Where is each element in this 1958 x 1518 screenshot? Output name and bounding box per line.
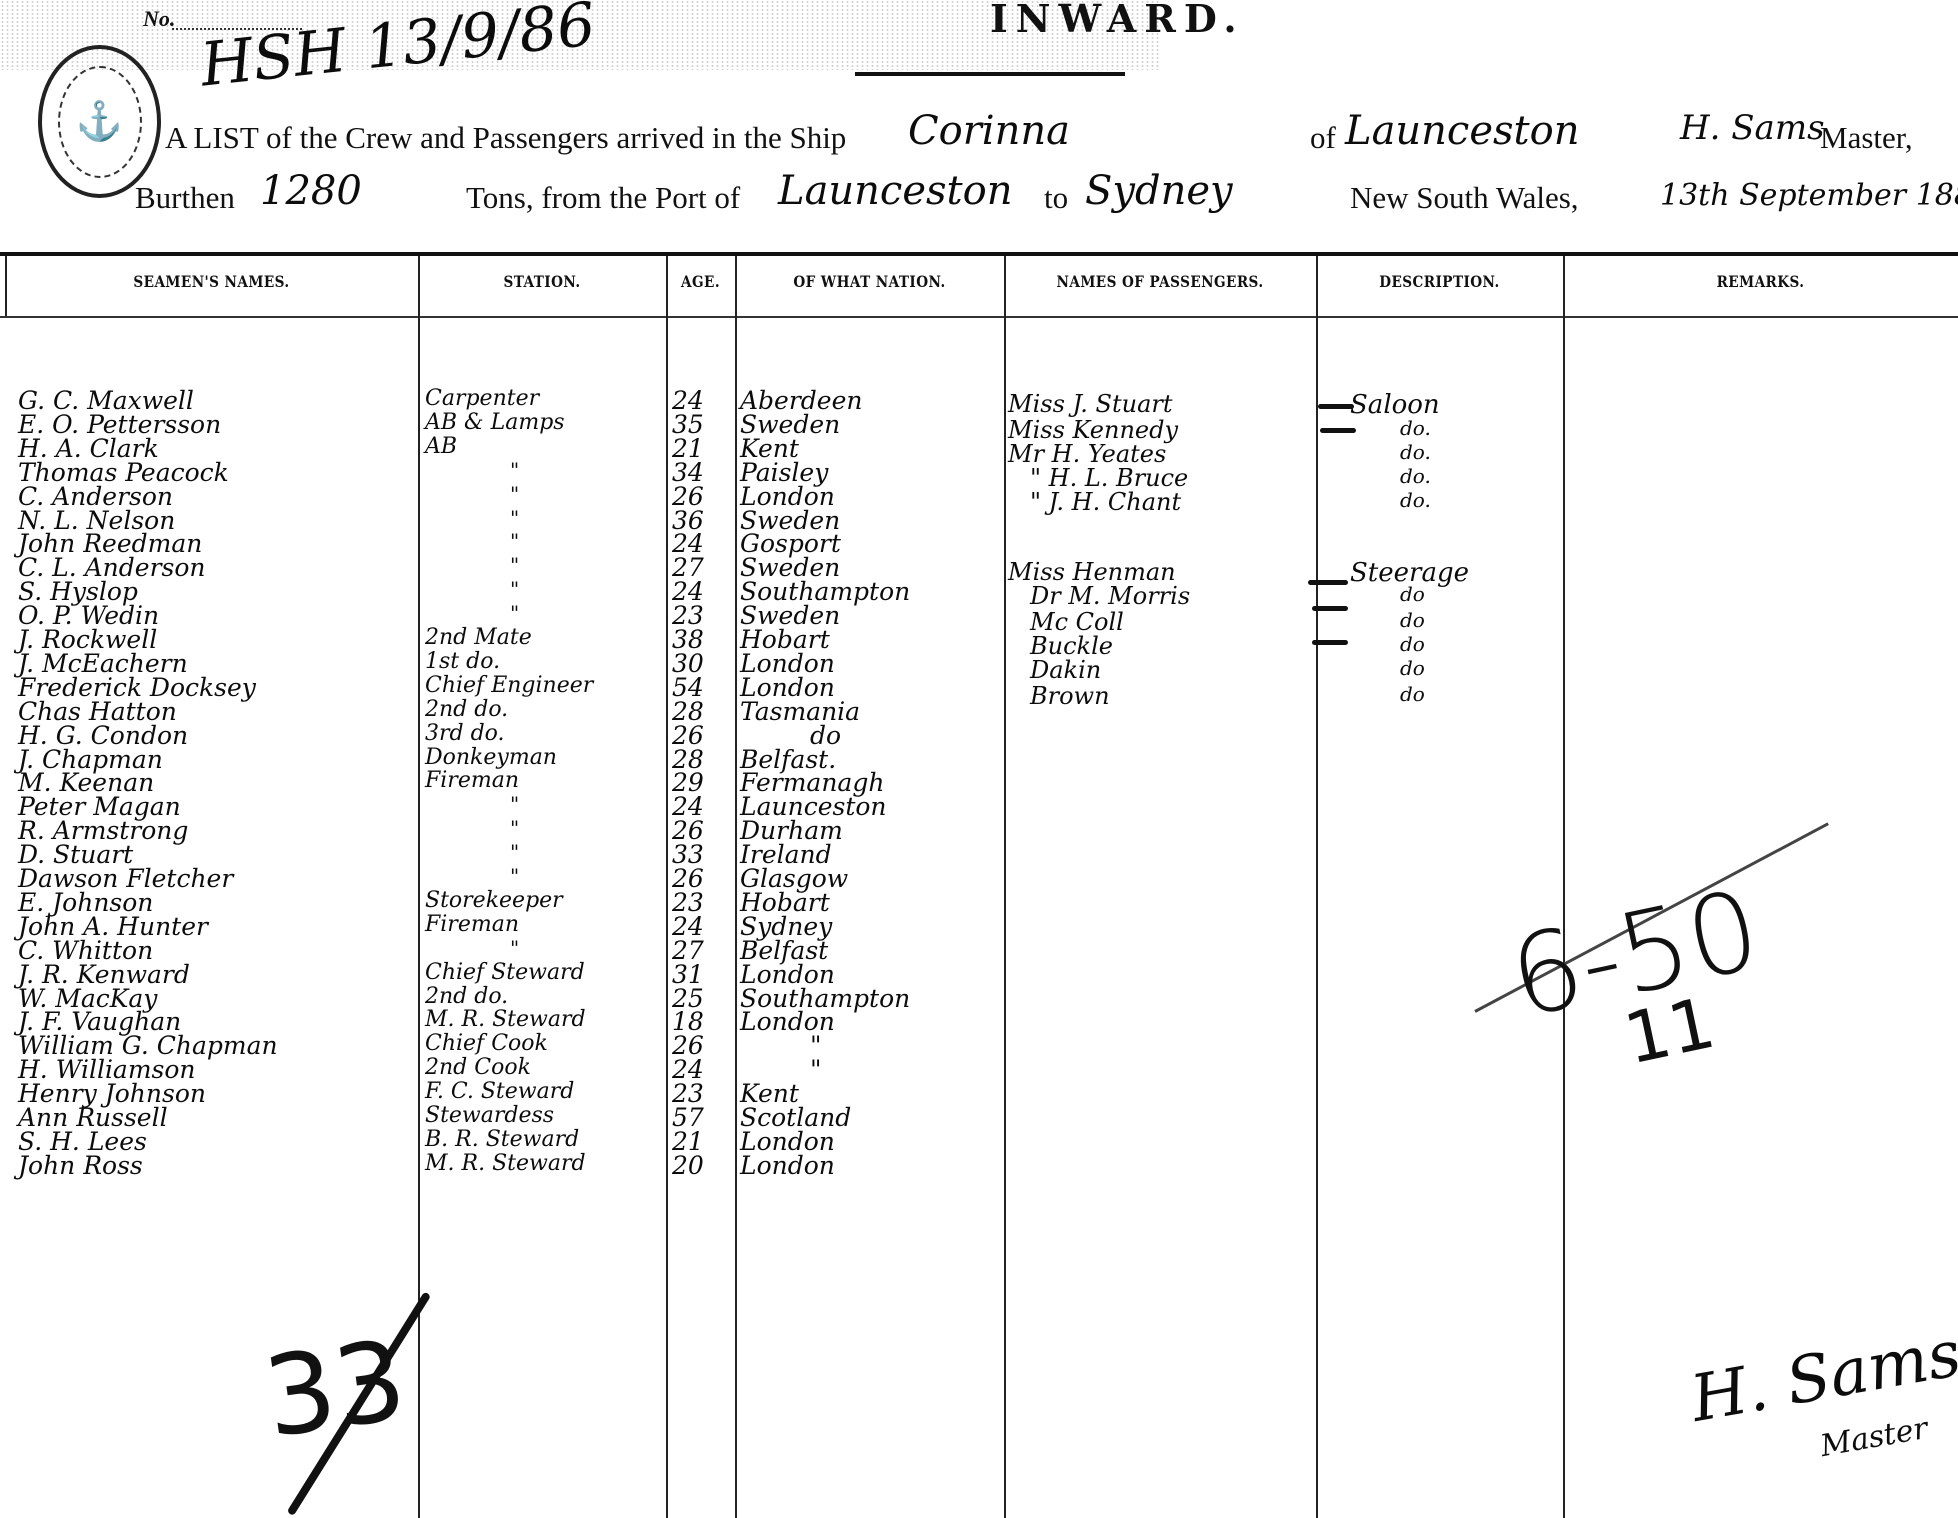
seaman-nation: London (740, 1153, 835, 1178)
column-divider (1004, 256, 1006, 1518)
seaman-station: " (510, 842, 519, 862)
region-label: New South Wales, (1350, 180, 1579, 216)
seaman-station: Chief Engineer (425, 675, 593, 697)
passenger-name: Buckle (1030, 634, 1113, 658)
list-date: 13th September 1886 (1660, 178, 1958, 213)
passenger-description: do. (1400, 466, 1431, 486)
passenger-name: Miss Henman (1008, 560, 1176, 584)
passenger-name: " J. H. Chant (1030, 490, 1181, 514)
passenger-name: Mc Coll (1030, 610, 1124, 634)
seaman-station: " (510, 508, 519, 528)
saloon-bracket-mark (1320, 428, 1356, 433)
saloon-bracket-mark (1318, 404, 1354, 409)
seaman-station: Fireman (425, 770, 519, 792)
steerage-bracket-mark (1308, 580, 1348, 585)
column-header-nation: OF WHAT NATION. (755, 272, 984, 291)
burthen-value: 1280 (260, 168, 362, 214)
list-title-prefix: A LIST of the Crew and Passengers arrive… (165, 120, 846, 156)
seaman-station: Stewardess (425, 1105, 554, 1127)
table-top-rule (0, 252, 1958, 256)
passenger-description: Saloon (1350, 392, 1440, 418)
seaman-station: AB (425, 436, 457, 458)
seaman-nation: " (810, 1057, 822, 1082)
seaman-station: B. R. Steward (425, 1129, 579, 1151)
passenger-description: do (1400, 634, 1425, 654)
passenger-name: " H. L. Bruce (1030, 466, 1188, 490)
passenger-name: Brown (1030, 684, 1110, 708)
column-header-remarks: REMARKS. (1593, 272, 1929, 291)
column-header-station: STATION. (437, 272, 648, 291)
seaman-station: " (510, 484, 519, 504)
passenger-description: do (1400, 658, 1425, 678)
office-stamp: ⚓ (38, 45, 161, 198)
passenger-description: do (1400, 610, 1425, 630)
seaman-station: " (510, 818, 519, 838)
column-divider (5, 256, 7, 316)
passenger-description: do. (1400, 490, 1431, 510)
seaman-station: " (510, 531, 519, 551)
home-port: Launceston (1345, 108, 1579, 154)
column-divider (735, 256, 737, 1518)
seaman-station: Carpenter (425, 388, 539, 410)
column-header-seamen-names: SEAMEN'S NAMES. (36, 272, 387, 291)
seaman-station: 2nd do. (425, 699, 508, 721)
seaman-station: " (510, 460, 519, 480)
passenger-description: do. (1400, 418, 1431, 438)
seaman-station: " (510, 603, 519, 623)
seaman-age: 20 (672, 1153, 704, 1178)
seaman-station: Chief Cook (425, 1033, 548, 1055)
seaman-station: Storekeeper (425, 890, 563, 912)
remarks-tally-sub: 11 (1617, 982, 1721, 1081)
column-header-passenger-names: NAMES OF PASSENGERS. (1027, 272, 1292, 291)
passenger-description: do. (1400, 442, 1431, 462)
of-label: of (1310, 120, 1336, 156)
master-label: Master, (1820, 120, 1913, 156)
column-divider (666, 256, 668, 1518)
passenger-description: do (1400, 684, 1425, 704)
steerage-bracket-mark (1312, 640, 1348, 645)
seaman-station: 2nd Mate (425, 627, 532, 649)
seaman-nation: Tasmania (740, 699, 860, 724)
seaman-station: M. R. Steward (425, 1153, 586, 1175)
seaman-station: M. R. Steward (425, 1009, 586, 1031)
to-port: Sydney (1085, 168, 1233, 214)
seaman-station: 2nd do. (425, 986, 508, 1008)
column-divider (1563, 256, 1565, 1518)
burthen-label: Burthen (135, 180, 235, 216)
seaman-name: John Ross (18, 1153, 143, 1178)
master-signature-role: Master (1818, 1411, 1931, 1464)
document-heading: INWARD. (990, 0, 1245, 41)
column-divider (418, 256, 420, 1518)
passenger-name: Dr M. Morris (1030, 584, 1190, 608)
to-label: to (1044, 180, 1068, 216)
seaman-station: Donkeyman (425, 747, 557, 769)
passenger-name: Mr H. Yeates (1008, 442, 1166, 466)
heading-rule (855, 72, 1125, 76)
passenger-name: Dakin (1030, 658, 1101, 682)
column-header-age: AGE. (671, 272, 730, 291)
seaman-station: 3rd do. (425, 723, 505, 745)
seaman-station: " (510, 866, 519, 886)
column-header-description: DESCRIPTION. (1335, 272, 1545, 291)
table-header-rule (0, 316, 1958, 318)
seaman-station: Fireman (425, 914, 519, 936)
seaman-station: " (510, 579, 519, 599)
ship-name: Corinna (908, 108, 1070, 154)
seaman-station: " (510, 938, 519, 958)
seaman-station: 2nd Cook (425, 1057, 531, 1079)
seaman-station: 1st do. (425, 651, 500, 673)
from-port: Launceston (778, 168, 1012, 214)
anchor-icon: ⚓ (58, 66, 142, 178)
tons-label: Tons, from the Port of (466, 180, 740, 216)
passenger-name: Miss Kennedy (1008, 418, 1178, 442)
column-divider (1316, 256, 1318, 1518)
seaman-station: AB & Lamps (425, 412, 565, 434)
number-label: No. (143, 6, 175, 32)
seaman-station: Chief Steward (425, 962, 585, 984)
seaman-station: F. C. Steward (425, 1081, 574, 1103)
master-name: H. Sams (1680, 108, 1825, 148)
seaman-station: " (510, 555, 519, 575)
passenger-description: do (1400, 584, 1425, 604)
steerage-bracket-mark (1312, 606, 1348, 611)
seaman-station: " (510, 794, 519, 814)
passenger-name: Miss J. Stuart (1008, 392, 1173, 416)
